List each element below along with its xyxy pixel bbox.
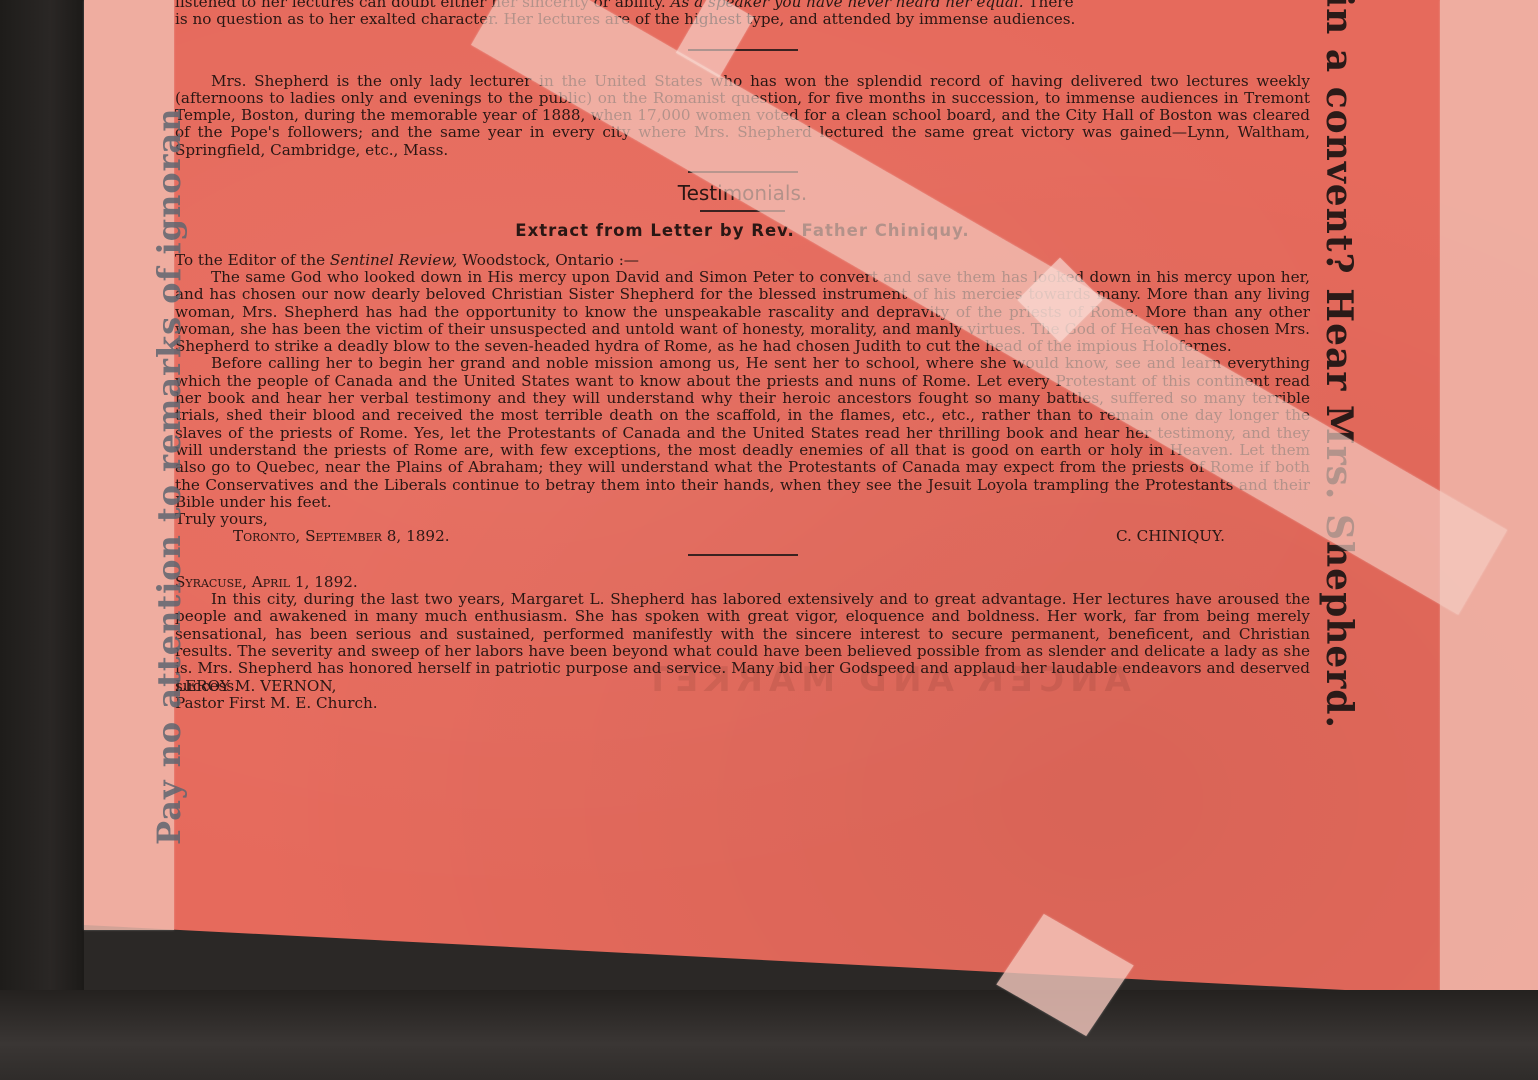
side-text-right: r in a convent? Hear Mrs. Shepherd.: [1318, 0, 1360, 729]
frame-bottom-edge: [0, 990, 1538, 1080]
letter1-signature: C. CHINIQUY.: [1116, 528, 1310, 545]
letter2-place-date: Syracuse, April 1, 1892.: [175, 574, 1310, 591]
letter1-closing: Truly yours,: [175, 511, 1310, 528]
letter1-salutation: To the Editor of the Sentinel Review, Wo…: [175, 252, 1310, 269]
letter1-title: Extract from Letter by Rev. Father Chini…: [175, 222, 1310, 239]
letter1-place-date: Toronto, September 8, 1892.: [175, 528, 450, 545]
divider-rule: [688, 554, 798, 556]
letter2-signature: LEROY M. VERNON,: [175, 678, 1310, 695]
side-text-left: Pay no attention to remarks of ignoran: [150, 107, 188, 845]
letter1-signature-row: Toronto, September 8, 1892. C. CHINIQUY.: [175, 528, 1310, 545]
letter2-signature-title: Pastor First M. E. Church.: [175, 695, 1310, 712]
frame-left-edge: [0, 0, 84, 1080]
